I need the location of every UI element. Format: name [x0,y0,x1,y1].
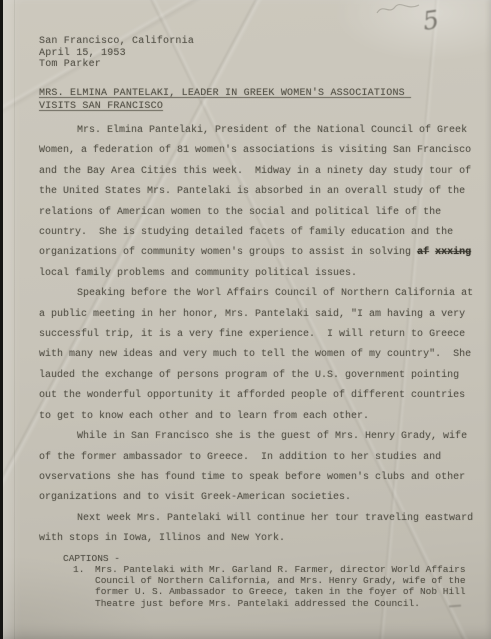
scanned-document-photo: { "colors": { "paper": "#c8c4b9", "ink":… [0,0,491,639]
dateline-block: San Francisco, California April 15, 1953… [39,36,194,71]
article-headline: MRS. ELMINA PANTELAKI, LEADER IN GREEK W… [39,88,441,113]
pencil-scribble-icon [375,1,421,17]
captions-section: CAPTIONS - 1. Mrs. Pantelaki with Mr. Ga… [39,553,481,609]
caption-item: 1. Mrs. Pantelaki with Mr. Garland R. Fa… [73,564,481,609]
captions-label: CAPTIONS - [63,553,481,564]
paragraph-2: Speaking before the Worl Affairs Council… [39,284,481,427]
document-page: 5 San Francisco, California April 15, 19… [3,0,491,639]
dateline-date: April 15, 1953 [39,48,194,60]
overstruck-word: af [417,247,429,258]
paragraph-1: Mrs. Elmina Pantelaki, President of the … [39,121,481,284]
overstruck-word: xxxing [435,247,471,258]
caption-text: Mrs. Pantelaki with Mr. Garland R. Farme… [95,564,475,609]
paragraph-4: Next week Mrs. Pantelaki will continue h… [39,509,481,550]
handwritten-page-number: 5 [421,5,441,36]
article-body: Mrs. Elmina Pantelaki, President of the … [39,121,481,609]
paragraph-1-text: Mrs. Elmina Pantelaki, President of the … [39,125,477,258]
paragraph-3: While in San Francisco she is the guest … [39,427,481,509]
caption-number: 1. [73,564,95,609]
dateline-byline: Tom Parker [39,59,194,71]
dateline-city: San Francisco, California [39,36,194,48]
